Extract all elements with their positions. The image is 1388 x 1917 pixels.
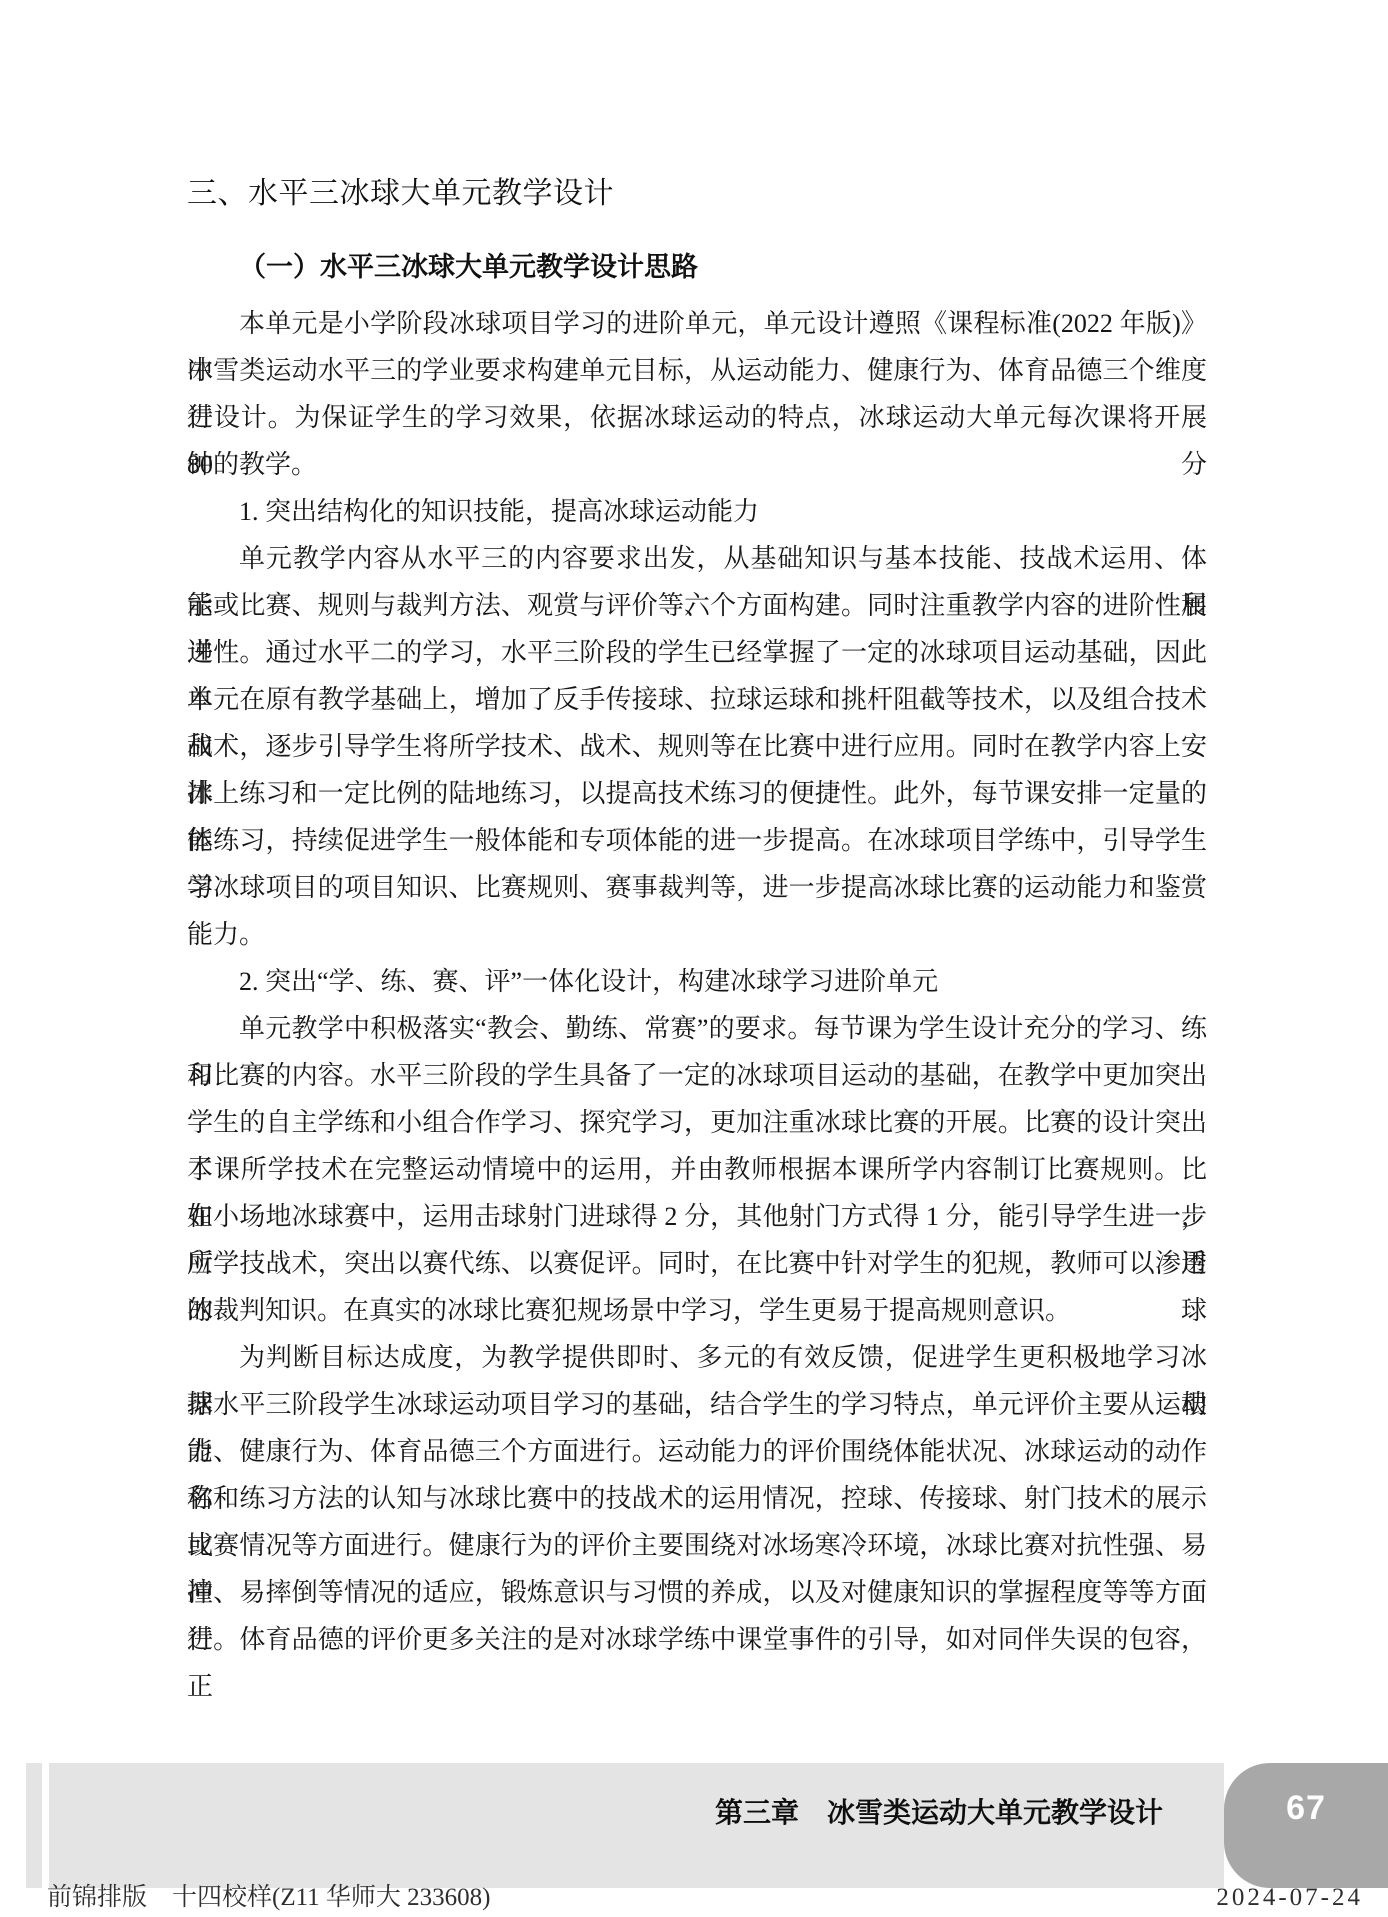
proof-line: 前锦排版 十四校样(Z11 华师大 233608) 2024-07-24 — [0, 1882, 1388, 1914]
text-line: 撞、易摔倒等情况的适应，锻炼意识与习惯的养成，以及对健康知识的掌握程度等等方面进 — [187, 1569, 1207, 1616]
text-line: 进性。通过水平二的学习，水平三阶段的学生已经掌握了一定的冰球项目运动基础，因此本 — [187, 629, 1207, 676]
text-line: 行设计。为保证学生的学习效果，依据冰球运动的特点，冰球运动大单元每次课将开展 8… — [187, 394, 1207, 441]
text-line: 示或比赛、规则与裁判方法、观赏与评价等六个方面构建。同时注重教学内容的进阶性和递 — [187, 582, 1207, 629]
chapter-footer-title: 第三章 冰雪类运动大单元教学设计 — [715, 1791, 1163, 1831]
text-line: 称和练习方法的认知与冰球比赛中的技战术的运用情况，控球、传接球、射门技术的展示或 — [187, 1475, 1207, 1522]
body-text: 本单元是小学阶段冰球项目学习的进阶单元，单元设计遵照《课程标准(2022 年版)… — [187, 300, 1207, 1663]
document-page: 三、水平三冰球大单元教学设计 （一）水平三冰球大单元教学设计思路 本单元是小学阶… — [0, 0, 1388, 1917]
text-line: 在小场地冰球赛中，运用击球射门进球得 2 分，其他射门方式得 1 分，能引导学生… — [187, 1193, 1207, 1240]
footer-band-notch — [26, 1763, 42, 1888]
text-line: 2. 突出“学、练、赛、评”一体化设计，构建冰球学习进阶单元 — [187, 958, 1207, 1005]
text-line: 单元教学内容从水平三的内容要求出发，从基础知识与基本技能、技战术运用、体能、展 — [187, 535, 1207, 582]
text-line: 能练习，持续促进学生一般体能和专项体能的进一步提高。在冰球项目学练中，引导学生学 — [187, 817, 1207, 864]
page-number: 67 — [1286, 1789, 1326, 1828]
text-line: 所学技战术，突出以赛代练、以赛促评。同时，在比赛中针对学生的犯规，教师可以渗透冰… — [187, 1240, 1207, 1287]
text-line: 战术，逐步引导学生将所学技术、战术、规则等在比赛中进行应用。同时在教学内容上安排 — [187, 723, 1207, 770]
proof-date: 2024-07-24 — [1216, 1882, 1363, 1914]
text-line: 单元在原有教学基础上，增加了反手传接球、拉球运球和挑杆阻截等技术，以及组合技术和 — [187, 676, 1207, 723]
page-number-tab: 67 — [1224, 1763, 1388, 1888]
text-line: 力、健康行为、体育品德三个方面进行。运动能力的评价围绕体能状况、冰球运动的动作名 — [187, 1428, 1207, 1475]
section-title: 三、水平三冰球大单元教学设计 — [187, 168, 614, 212]
text-line: 的裁判知识。在真实的冰球比赛犯规场景中学习，学生更易于提高规则意识。 — [187, 1287, 1207, 1334]
text-line: 本课所学技术在完整运动情境中的运用，并由教师根据本课所学内容制订比赛规则。比如， — [187, 1146, 1207, 1193]
text-line: 比赛情况等方面进行。健康行为的评价主要围绕对冰场寒冷环境，冰球比赛对抗性强、易冲 — [187, 1522, 1207, 1569]
text-line: 学生的自主学练和小组合作学习、探究学习，更加注重冰球比赛的开展。比赛的设计突出了 — [187, 1099, 1207, 1146]
proof-info: 前锦排版 十四校样(Z11 华师大 233608) — [47, 1882, 491, 1914]
text-line: 据水平三阶段学生冰球运动项目学习的基础，结合学生的学习特点，单元评价主要从运动能 — [187, 1381, 1207, 1428]
text-line: 1. 突出结构化的知识技能，提高冰球运动能力 — [187, 488, 1207, 535]
text-line: 为判断目标达成度，为教学提供即时、多元的有效反馈，促进学生更积极地学习冰球，根 — [187, 1334, 1207, 1381]
text-line: 和比赛的内容。水平三阶段的学生具备了一定的冰球项目运动的基础，在教学中更加突出 — [187, 1052, 1207, 1099]
text-line: 本单元是小学阶段冰球项目学习的进阶单元，单元设计遵照《课程标准(2022 年版)… — [187, 300, 1207, 347]
subsection-title: （一）水平三冰球大单元教学设计思路 — [187, 247, 1207, 287]
text-line: 习冰球项目的项目知识、比赛规则、赛事裁判等，进一步提高冰球比赛的运动能力和鉴赏 — [187, 864, 1207, 911]
text-line: 冰上练习和一定比例的陆地练习，以提高技术练习的便捷性。此外，每节课安排一定量的体 — [187, 770, 1207, 817]
text-line: 冰雪类运动水平三的学业要求构建单元目标，从运动能力、健康行为、体育品德三个维度进 — [187, 347, 1207, 394]
text-line: 能力。 — [187, 911, 1207, 958]
text-line: 单元教学中积极落实“教会、勤练、常赛”的要求。每节课为学生设计充分的学习、练习 — [187, 1005, 1207, 1052]
text-line: 行。体育品德的评价更多关注的是对冰球学练中课堂事件的引导，如对同伴失误的包容，正 — [187, 1616, 1207, 1663]
